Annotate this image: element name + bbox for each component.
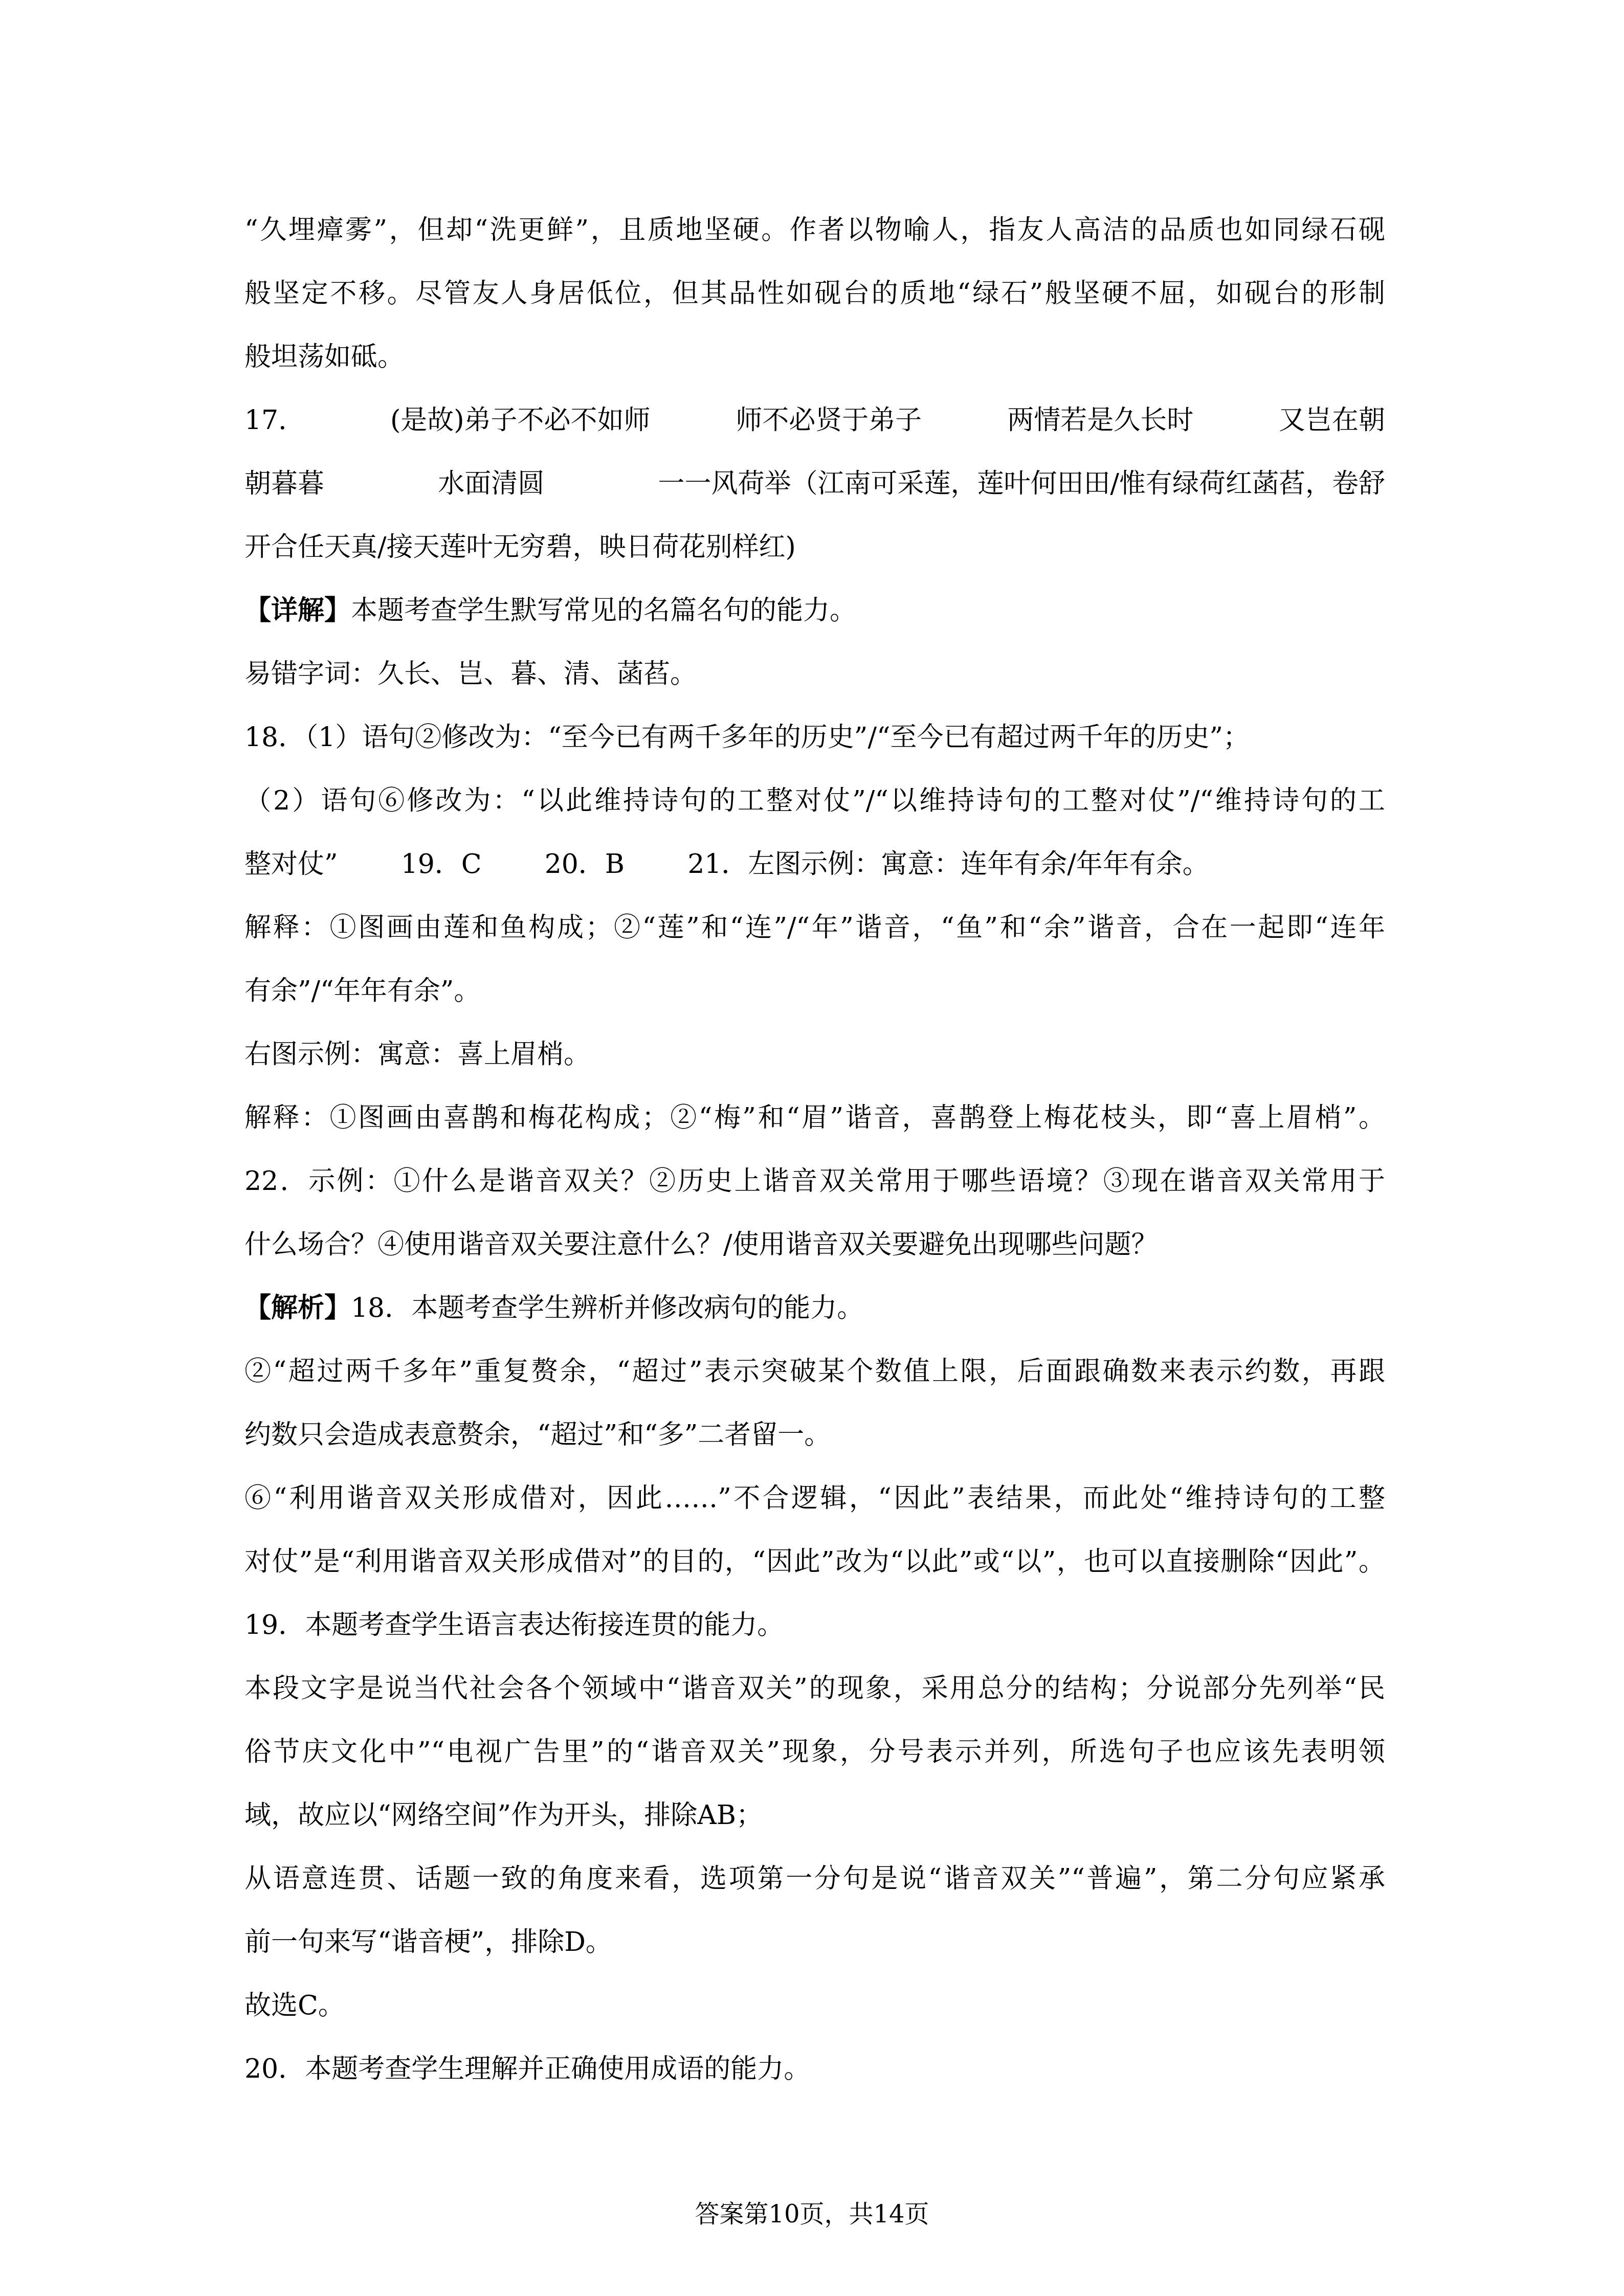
answer-content: “久埋瘴雾”，但却“洗更鲜”，且质地坚硬。作者以物喻人，指友人高洁的品质也如同绿… — [244, 210, 1385, 2112]
analysis-line: 俗节庆文化中”“电视广告里”的“谐音双关”现象，分号表示并列，所选句子也应该先表… — [244, 1731, 1385, 1795]
page-footer: 答案第10页，共14页 — [0, 2199, 1624, 2230]
q17-answer-line: 朝暮暮 水面清圆 一一风荷举（江南可采莲，莲叶何田田/惟有绿荷红菡萏，卷舒 — [244, 463, 1385, 527]
q20-answer: 20．B — [545, 849, 625, 880]
question-number: 17． — [244, 400, 305, 463]
q17-detail: 【详解】本题考查学生默写常见的名篇名句的能力。 — [244, 590, 1385, 654]
q21-explain-line: 有余”/“年年有余”。 — [244, 971, 1385, 1034]
q22-answer-line: 22．示例：①什么是谐音双关？②历史上谐音双关常用于哪些语境？③现在谐音双关常用… — [244, 1161, 1385, 1224]
analysis-text: 18．本题考查学生辨析并修改病句的能力。 — [351, 1293, 863, 1323]
q21-explain-line: 解释：①图画由喜鹊和梅花构成；②“梅”和“眉”谐音，喜鹊登上梅花枝头，即“喜上眉… — [244, 1097, 1385, 1161]
document-page: “久埋瘴雾”，但却“洗更鲜”，且质地坚硬。作者以物喻人，指友人高洁的品质也如同绿… — [0, 0, 1624, 2296]
answer-blank: 两情若是久长时 — [1007, 400, 1193, 463]
q17-answer-line: 开合任天真/接天莲叶无穷碧，映日荷花别样红) — [244, 527, 1385, 590]
analysis-line: 从语意连贯、话题一致的角度来看，选项第一分句是说“谐音双关”“普遍”，第二分句应… — [244, 1858, 1385, 1922]
q21-answer: 21．左图示例：寓意：连年有余/年年有余。 — [687, 849, 1209, 880]
q18-answer-line: （2）语句⑥修改为：“以此维持诗句的工整对仗”/“以维持诗句的工整对仗”/“维持… — [244, 780, 1385, 844]
analysis-line: ⑥“利用谐音双关形成借对，因此……”不合逻辑，“因此”表结果，而此处“维持诗句的… — [244, 1478, 1385, 1541]
q18-answer-line: 18．（1）语句②修改为：“至今已有两千多年的历史”/“至今已有超过两千年的历史… — [244, 717, 1385, 780]
q18-q21-answer-line: 整对仗” 19．C 20．B 21．左图示例：寓意：连年有余/年年有余。 — [244, 844, 1385, 907]
q21-explain-line: 解释：①图画由莲和鱼构成；②“莲”和“连”/“年”谐音，“鱼”和“余”谐音，合在… — [244, 907, 1385, 971]
analysis-line: 20．本题考查学生理解并正确使用成语的能力。 — [244, 2049, 1385, 2112]
paragraph-line: 般坦荡如砥。 — [244, 336, 1385, 400]
answer-blank: 朝暮暮 — [244, 463, 324, 527]
analysis-line: 故选C。 — [244, 1985, 1385, 2049]
detail-label: 【详解】 — [244, 595, 351, 626]
paragraph-line: 般坚定不移。尽管友人身居低位，但其品性如砚台的质地“绿石”般坚硬不屈，如砚台的形… — [244, 273, 1385, 336]
detail-text: 本题考查学生默写常见的名篇名句的能力。 — [351, 595, 856, 626]
analysis-line: 前一句来写“谐音梗”，排除D。 — [244, 1922, 1385, 1985]
q22-answer-line: 什么场合？④使用谐音双关要注意什么？/使用谐音双关要避免出现哪些问题？ — [244, 1224, 1385, 1288]
analysis-line: 19．本题考查学生语言表达衔接连贯的能力。 — [244, 1605, 1385, 1668]
q21-right-example: 右图示例：寓意：喜上眉梢。 — [244, 1034, 1385, 1097]
analysis-line: ②“超过两千多年”重复赘余，“超过”表示突破某个数值上限，后面跟确数来表示约数，… — [244, 1351, 1385, 1414]
q19-answer: 19．C — [401, 849, 482, 880]
answer-blank: 又岂在朝 — [1279, 400, 1385, 463]
answer-blank: 一一风荷举（江南可采莲，莲叶何田田/惟有绿荷红菡萏，卷舒 — [658, 463, 1385, 527]
analysis-line: 对仗”是“利用谐音双关形成借对”的目的，“因此”改为“以此”或“以”，也可以直接… — [244, 1541, 1385, 1605]
q17-typo-words: 易错字词：久长、岂、暮、清、菡萏。 — [244, 654, 1385, 717]
answer-blank: (是故)弟子不必不如师 — [390, 400, 651, 463]
q18-answer-end: 整对仗” — [244, 849, 338, 880]
q17-answer-line: 17． (是故)弟子不必不如师 师不必贤于弟子 两情若是久长时 又岂在朝 — [244, 400, 1385, 463]
analysis-line: 域，故应以“网络空间”作为开头，排除AB； — [244, 1795, 1385, 1858]
analysis-line: 约数只会造成表意赘余，“超过”和“多”二者留一。 — [244, 1414, 1385, 1478]
paragraph-line: “久埋瘴雾”，但却“洗更鲜”，且质地坚硬。作者以物喻人，指友人高洁的品质也如同绿… — [244, 210, 1385, 273]
answer-blank: 水面清圆 — [438, 463, 544, 527]
analysis-heading: 【解析】18．本题考查学生辨析并修改病句的能力。 — [244, 1288, 1385, 1351]
analysis-label: 【解析】 — [244, 1292, 351, 1323]
analysis-line: 本段文字是说当代社会各个领域中“谐音双关”的现象，采用总分的结构；分说部分先列举… — [244, 1668, 1385, 1731]
answer-blank: 师不必贤于弟子 — [736, 400, 922, 463]
